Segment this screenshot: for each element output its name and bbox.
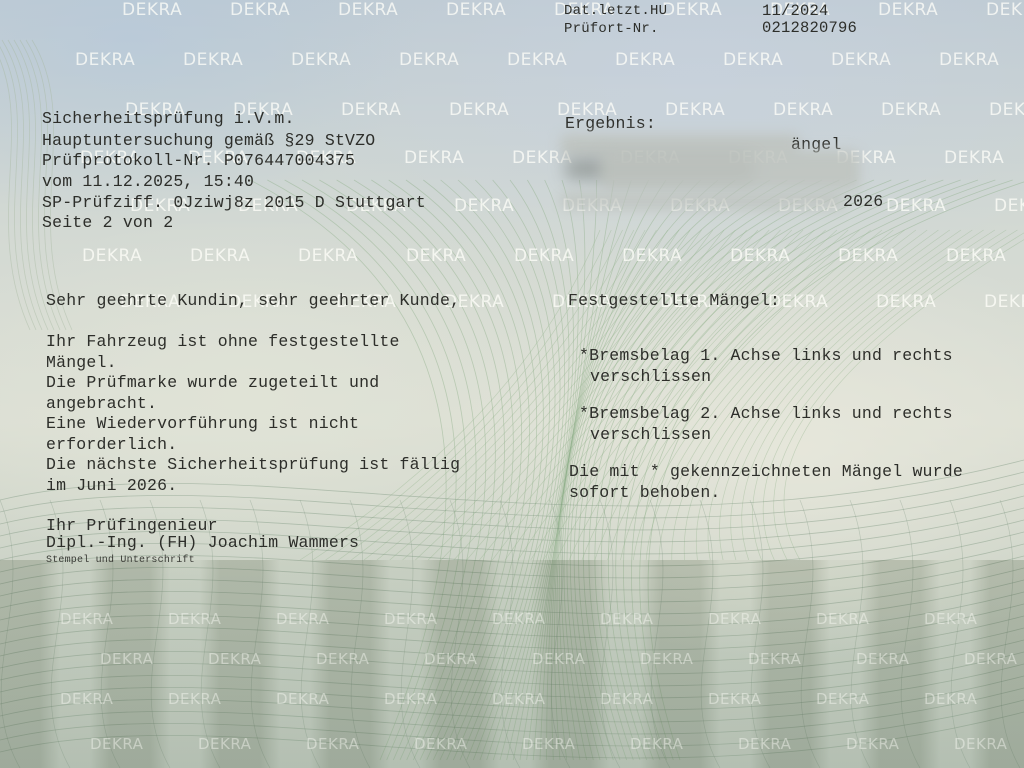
- defects-heading: Festgestellte Mängel:: [568, 291, 780, 312]
- defect-item-line: *Bremsbelag 1. Achse links und rechts: [579, 346, 953, 367]
- letter-line: Mängel.: [46, 353, 117, 374]
- check-digits: SP-Prüfziff. 0Jziwj8z 2015 D Stuttgart: [42, 193, 426, 214]
- protocol-number: Prüfprotokoll-Nr. P076447004375: [42, 151, 355, 172]
- stamp-caption: Stempel und Unterschrift: [46, 555, 195, 567]
- salutation: Sehr geehrte Kundin, sehr geehrter Kunde…: [46, 291, 460, 312]
- defect-item-line: verschlissen: [590, 425, 711, 446]
- last-hu-value: 11/2024: [762, 2, 829, 20]
- letter-line: Die nächste Sicherheitsprüfung ist fälli…: [46, 455, 460, 476]
- result-label: Ergebnis:: [565, 114, 656, 135]
- letter-line: Ihr Fahrzeug ist ohne festgestellte: [46, 332, 400, 353]
- signature-name: Dipl.-Ing. (FH) Joachim Wammers: [46, 533, 359, 554]
- shadow-overlay: [0, 560, 1024, 768]
- inspection-date: vom 11.12.2025, 15:40: [42, 172, 254, 193]
- defect-item-line: *Bremsbelag 2. Achse links und rechts: [579, 404, 953, 425]
- letter-line: Die Prüfmarke wurde zugeteilt und: [46, 373, 379, 394]
- redaction-blur: [560, 192, 845, 210]
- letter-line: angebracht.: [46, 394, 157, 415]
- defects-footer: Die mit * gekennzeichneten Mängel wurde: [569, 462, 963, 483]
- redaction-blur: [600, 150, 860, 190]
- site-number-label: Prüfort-Nr.: [564, 20, 659, 38]
- last-hu-label: Dat.letzt.HU: [564, 2, 667, 20]
- letter-line: erforderlich.: [46, 435, 177, 456]
- result-due-year: 2026: [843, 192, 883, 213]
- defects-footer: sofort behoben.: [569, 483, 721, 504]
- page-indicator: Seite 2 von 2: [42, 213, 173, 234]
- header-line: Sicherheitsprüfung i.V.m.: [42, 109, 295, 130]
- header-line: Hauptuntersuchung gemäß §29 StVZO: [42, 131, 375, 152]
- defect-item-line: verschlissen: [590, 367, 711, 388]
- letter-line: Eine Wiedervorführung ist nicht: [46, 414, 359, 435]
- letter-line: im Juni 2026.: [46, 476, 177, 497]
- site-number-value: 0212820796: [762, 19, 857, 37]
